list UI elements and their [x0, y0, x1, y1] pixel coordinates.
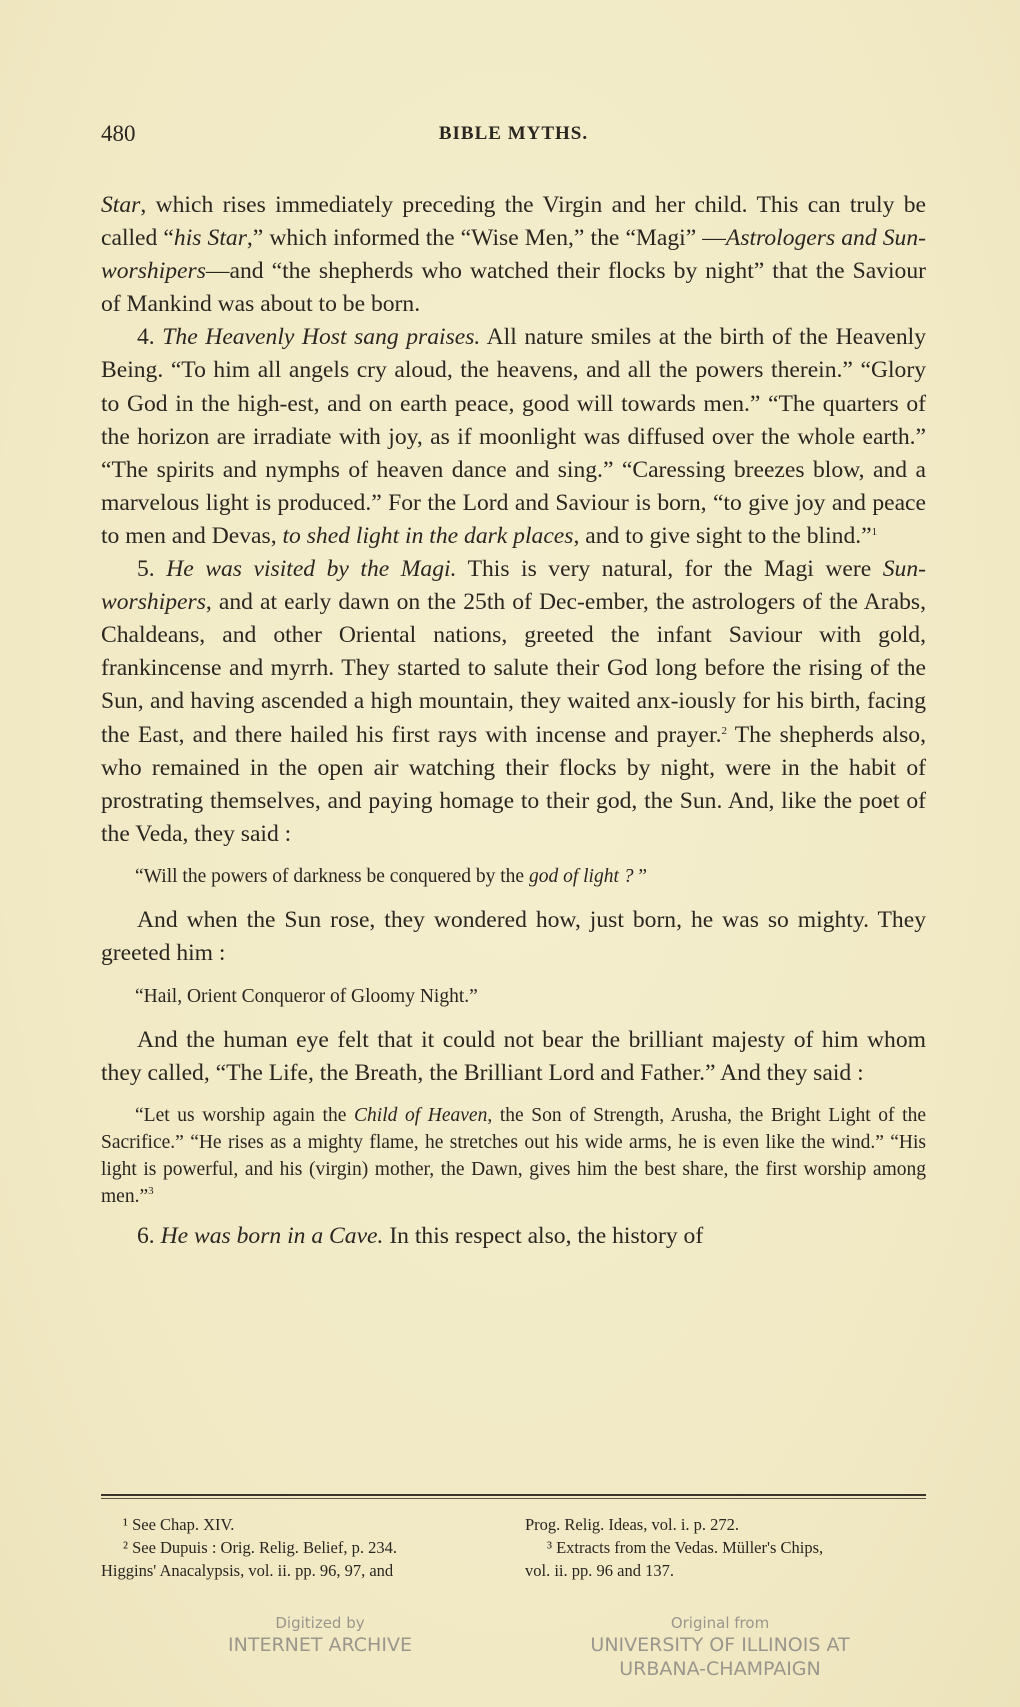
italic-text: to shed light in the dark places: [283, 523, 574, 549]
paragraph-star: Star, which rises immediately preceding …: [101, 189, 926, 321]
footnote-ref[interactable]: 3: [148, 1185, 154, 1197]
original-from-watermark: Original from UNIVERSITY OF ILLINOIS AT …: [560, 1613, 880, 1681]
section-number: 6.: [137, 1223, 161, 1249]
quote-god-of-light: “Will the powers of darkness be conquere…: [101, 864, 926, 890]
footnote-2: ² See Dupuis : Orig. Relig. Belief, p. 2…: [101, 1536, 501, 1559]
footnote-ref[interactable]: 1: [872, 526, 878, 538]
text: ”: [634, 866, 648, 887]
quote-hail-orient: “Hail, Orient Conqueror of Gloomy Night.…: [101, 984, 926, 1010]
footnote-3: ³ Extracts from the Vedas. Müller's Chip…: [525, 1536, 925, 1559]
watermark-label: Original from: [560, 1613, 880, 1633]
footnote-2-cont: Higgins' Anacalypsis, vol. ii. pp. 96, 9…: [101, 1559, 501, 1582]
body-text: Star, which rises immediately preceding …: [101, 189, 926, 1253]
italic-text: god of light ?: [529, 866, 634, 887]
digitized-by-watermark: Digitized by INTERNET ARCHIVE: [170, 1613, 470, 1657]
footnote-divider-thin: [101, 1498, 926, 1499]
text: —and “the shepherds who watched their fl…: [101, 258, 926, 317]
text: , and to give sight to the blind.”: [573, 523, 871, 549]
running-title: BIBLE MYTHS.: [101, 123, 926, 145]
footnote-2-cont-2: Prog. Relig. Ideas, vol. i. p. 272.: [525, 1513, 925, 1536]
italic-text: Child of Heaven: [354, 1105, 487, 1126]
text: “Will the powers of darkness be conquere…: [135, 866, 529, 887]
footnotes-left-column: ¹ See Chap. XIV. ² See Dupuis : Orig. Re…: [101, 1513, 501, 1582]
watermark-source: INTERNET ARCHIVE: [170, 1633, 470, 1657]
text: ,” which informed the “Wise Men,” the “M…: [247, 225, 726, 251]
section-number: 5.: [137, 556, 166, 582]
paragraph-magi: 5. He was visited by the Magi. This is v…: [101, 553, 926, 851]
text: “Let us worship again the: [135, 1105, 354, 1126]
watermark-institution-cont: URBANA-CHAMPAIGN: [560, 1657, 880, 1681]
section-title: He was visited by the Magi.: [166, 556, 456, 582]
text: In this respect also, the history of: [383, 1223, 703, 1249]
section-number: 4.: [137, 324, 162, 350]
quote-child-of-heaven: “Let us worship again the Child of Heave…: [101, 1102, 926, 1210]
footnote-1: ¹ See Chap. XIV.: [101, 1513, 501, 1536]
section-title: The Heavenly Host sang praises.: [162, 324, 480, 350]
italic-text: Star: [101, 192, 140, 218]
text: All nature smiles at the birth of the He…: [101, 324, 926, 549]
running-head: 480 BIBLE MYTHS.: [101, 121, 926, 151]
paragraph-cave: 6. He was born in a Cave. In this respec…: [101, 1220, 926, 1253]
italic-text: his Star: [174, 225, 247, 251]
text: This is very natural, for the Magi were: [456, 556, 882, 582]
footnotes-right-column: Prog. Relig. Ideas, vol. i. p. 272. ³ Ex…: [525, 1513, 925, 1582]
paragraph-sun-rose: And when the Sun rose, they wondered how…: [101, 904, 926, 970]
watermark-label: Digitized by: [170, 1613, 470, 1633]
section-title: He was born in a Cave.: [161, 1223, 384, 1249]
paragraph-human-eye: And the human eye felt that it could not…: [101, 1024, 926, 1090]
watermark-institution: UNIVERSITY OF ILLINOIS AT: [560, 1633, 880, 1657]
footnote-divider: [101, 1494, 926, 1496]
paragraph-heavenly-host: 4. The Heavenly Host sang praises. All n…: [101, 321, 926, 553]
footnote-3-cont: vol. ii. pp. 96 and 137.: [525, 1559, 925, 1582]
